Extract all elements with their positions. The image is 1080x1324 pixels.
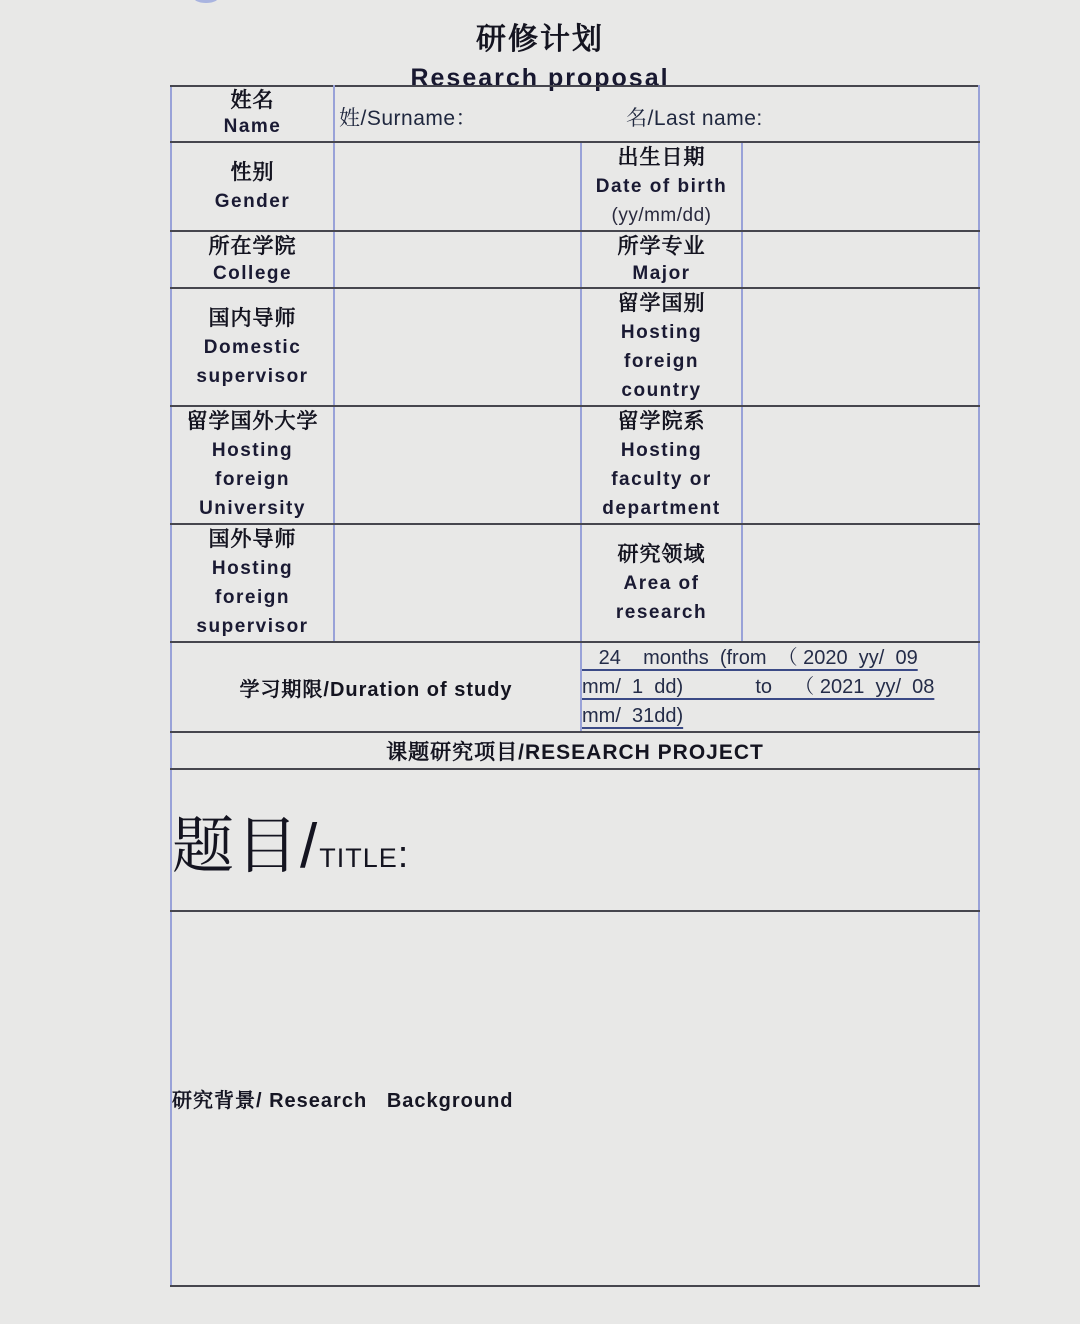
row-hosting-supervisor: 国外导师 Hosting foreign supervisor 研究领域 Are… [171,524,979,642]
project-title-label-en: TITLE [319,843,398,873]
project-title-cell[interactable]: 题目/TITLE: [171,769,979,911]
name-label-cell: 姓名 Name [171,86,334,142]
gender-label-cell: 性别 Gender [171,142,334,231]
row-duration: 学习期限/Duration of study 24 months (from （… [171,642,979,732]
hosting-university-value-cell[interactable] [334,406,581,524]
duration-label-cell: 学习期限/Duration of study [171,642,581,732]
name-label-en: Name [172,114,333,140]
hosting-university-label-cn: 留学国外大学 [172,407,333,436]
name-value-cell[interactable]: 姓/Surname： 名/Last name: [334,86,979,142]
research-background-cell[interactable]: 研究背景/ Research Background [171,911,979,1286]
gender-value-cell[interactable] [334,142,581,231]
major-label-cell: 所学专业 Major [581,231,742,288]
hosting-faculty-label-cell: 留学院系 Hosting faculty or department [581,406,742,524]
hosting-supervisor-label-cn: 国外导师 [172,525,333,554]
research-proposal-document: { "decoration": { "circle_color": "#a9b4… [0,0,1080,1324]
hosting-supervisor-label-cell: 国外导师 Hosting foreign supervisor [171,524,334,642]
domestic-supervisor-value-cell[interactable] [334,288,581,406]
dob-label-en: Date of birth [582,172,741,201]
duration-label-text: 学习期限/Duration of study [239,679,512,701]
college-label-cn: 所在学院 [172,233,333,260]
hosting-supervisor-value-cell[interactable] [334,524,581,642]
dob-label-cn: 出生日期 [582,143,741,172]
domestic-supervisor-label-cn: 国内导师 [172,304,333,333]
hosting-country-value-cell[interactable] [742,288,979,406]
name-label-cn: 姓名 [172,88,333,114]
major-label-cn: 所学专业 [582,233,741,260]
hosting-country-label-en: Hosting foreign country [582,318,741,405]
research-area-value-cell[interactable] [742,524,979,642]
hosting-faculty-label-cn: 留学院系 [582,407,741,436]
document-title-chinese: 研修计划 [0,14,1080,58]
domestic-supervisor-label-cell: 国内导师 Domestic supervisor [171,288,334,406]
research-area-label-cell: 研究领域 Area of research [581,524,742,642]
project-title-label-cn: 题目/ [172,812,319,881]
row-research-background: 研究背景/ Research Background [171,911,979,1286]
duration-value-line1: 24 months (from （ 2020 yy/ 09 [582,644,978,673]
duration-value-line2: mm/ 1 dd) to （ 2021 yy/ 08 [582,673,978,702]
major-label-en: Major [582,260,741,287]
gender-label-cn: 性别 [172,158,333,187]
blue-circle-decoration [194,0,218,3]
row-name: 姓名 Name 姓/Surname： 名/Last name: [171,86,979,142]
domestic-supervisor-label-en: Domestic supervisor [172,333,333,391]
row-gender-dob: 性别 Gender 出生日期 Date of birth (yy/mm/dd) [171,142,979,231]
college-label-cell: 所在学院 College [171,231,334,288]
row-hosting-university: 留学国外大学 Hosting foreign University 留学院系 H… [171,406,979,524]
hosting-university-label-cell: 留学国外大学 Hosting foreign University [171,406,334,524]
college-value-cell[interactable] [334,231,581,288]
lastname-field-label: 名/Last name: [626,102,763,132]
row-title: 题目/TITLE: [171,769,979,911]
hosting-faculty-value-cell[interactable] [742,406,979,524]
dob-label-cell: 出生日期 Date of birth (yy/mm/dd) [581,142,742,231]
research-project-section-header: 课题研究项目/RESEARCH PROJECT [171,732,979,769]
major-value-cell[interactable] [742,231,979,288]
row-project-header: 课题研究项目/RESEARCH PROJECT [171,732,979,769]
hosting-university-label-en: Hosting foreign University [172,436,333,523]
gender-label-en: Gender [172,187,333,216]
research-area-label-en: Area of research [582,569,741,627]
hosting-supervisor-label-en: Hosting foreign supervisor [172,554,333,641]
research-background-header: 研究背景/ Research Background [172,1090,514,1112]
research-proposal-form-table: 姓名 Name 姓/Surname： 名/Last name: 性别 Gende… [170,85,980,1287]
hosting-country-label-cell: 留学国别 Hosting foreign country [581,288,742,406]
duration-value-line3: mm/ 31dd) [582,702,978,731]
project-title-colon: : [398,834,409,876]
hosting-country-label-cn: 留学国别 [582,289,741,318]
college-label-en: College [172,260,333,287]
dob-value-cell[interactable] [742,142,979,231]
row-domestic-supervisor: 国内导师 Domestic supervisor 留学国别 Hosting fo… [171,288,979,406]
duration-value-cell[interactable]: 24 months (from （ 2020 yy/ 09 mm/ 1 dd) … [581,642,979,732]
dob-format-hint: (yy/mm/dd) [582,201,741,230]
research-area-label-cn: 研究领域 [582,540,741,569]
document-header: 研修计划 Research proposal [0,14,1080,93]
row-college-major: 所在学院 College 所学专业 Major [171,231,979,288]
hosting-faculty-label-en: Hosting faculty or department [582,436,741,523]
surname-field-label: 姓/Surname： [339,102,477,132]
